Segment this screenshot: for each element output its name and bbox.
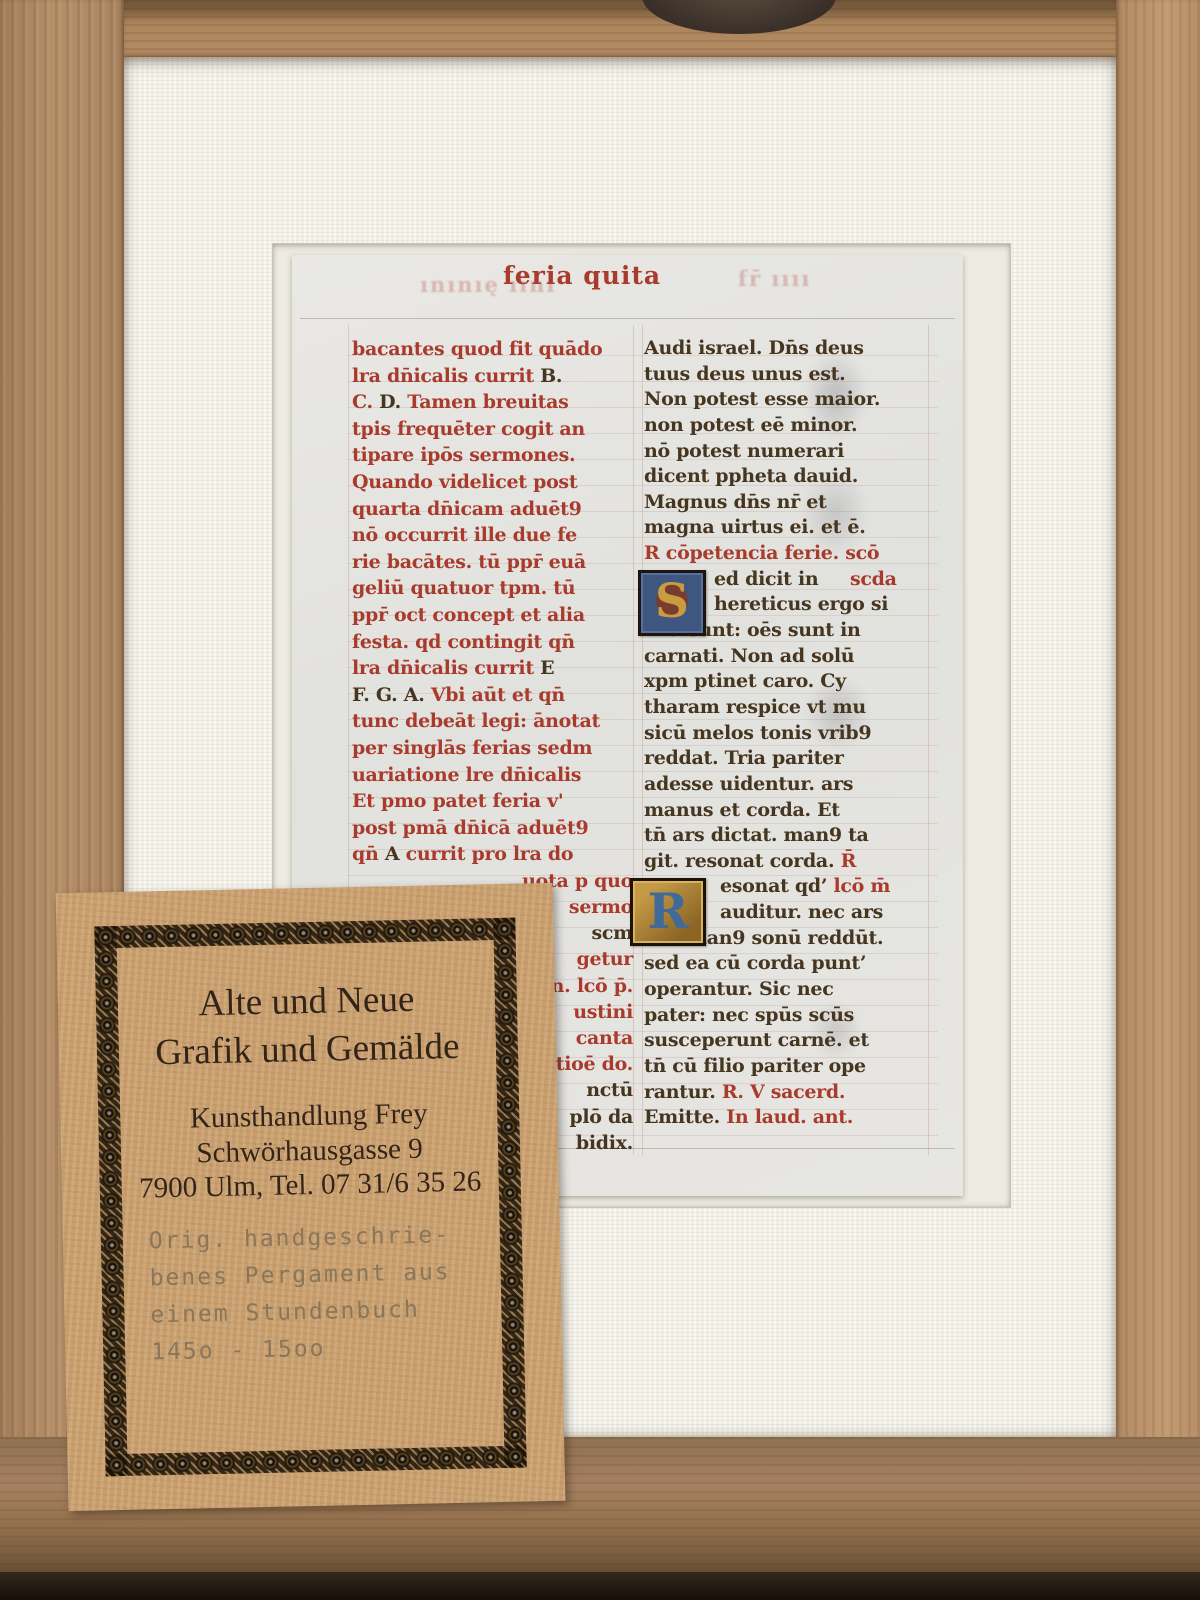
- manuscript-text-segment: Non potest esse maior.: [644, 388, 880, 410]
- manuscript-text-segment: R cōpetencia ferie. scō: [644, 542, 879, 564]
- manuscript-line: dicent ppheta dauid.: [644, 464, 934, 490]
- illuminated-initial-r: R: [630, 878, 706, 946]
- manuscript-text-segment: tpis frequēter cogit an: [352, 418, 585, 440]
- manuscript-header-rubric: feria quita: [503, 261, 661, 290]
- manuscript-line: tuus deus unus est.: [644, 362, 934, 388]
- framed-manuscript-photo: ınınıę ıını feria quita fr̄ ıııı bacante…: [0, 0, 1200, 1600]
- manuscript-line: geliū quatuor tpm. tū: [352, 575, 637, 602]
- manuscript-line: operantur. Sic nec: [644, 977, 934, 1003]
- manuscript-line: sed ea cū corda punt’: [644, 951, 934, 977]
- manuscript-line: C. D. Tamen breuitas: [352, 389, 637, 416]
- typed-description-line: 145o - 15oo: [151, 1328, 453, 1371]
- ornament-band-top: [94, 918, 515, 949]
- manuscript-text-segment: post pmā dn̄icā aduēt9: [352, 817, 588, 839]
- manuscript-line: Non potest esse maior.: [644, 387, 934, 413]
- manuscript-text-segment: R. V sacerd.: [722, 1081, 845, 1103]
- manuscript-text-segment: susceperunt carnē. et: [644, 1029, 869, 1051]
- manuscript-line: xpm ptinet caro. Cy: [644, 669, 934, 695]
- column-guide-line: [642, 325, 643, 1155]
- manuscript-line: uariatione lre dn̄icalis: [352, 762, 637, 789]
- manuscript-text-segment: non potest eē minor.: [644, 414, 857, 436]
- manuscript-text-segment: bidix.: [576, 1132, 633, 1154]
- manuscript-text-segment: lra dn̄icalis currit: [352, 657, 540, 679]
- manuscript-line: adesse uidentur. ars: [644, 772, 934, 798]
- manuscript-text-segment: tn̄ cū filio pariter ope: [644, 1055, 866, 1077]
- manuscript-text-segment: Vbi aūt et qn̄: [431, 684, 565, 706]
- manuscript-text-segment: tipare ipōs sermones.: [352, 444, 575, 466]
- manuscript-text-segment: pater: nec spūs scūs: [644, 1004, 854, 1026]
- manuscript-line: lra dn̄icalis currit E: [352, 655, 637, 682]
- manuscript-text-segment: magna uirtus ei. et ē.: [644, 516, 866, 538]
- manuscript-text-segment: canta: [576, 1027, 633, 1049]
- typed-description-line: einem Stundenbuch: [150, 1291, 452, 1334]
- manuscript-text-segment: auditur. nec ars: [720, 901, 883, 923]
- manuscript-line: Magnus dn̄s nr̄ et: [644, 490, 934, 516]
- manuscript-line: F. G. A. Vbi aūt et qn̄: [352, 682, 637, 709]
- manuscript-line: tn̄ cū filio pariter ope: [644, 1054, 934, 1080]
- bleedthrough-text-right: fr̄ ıııı: [738, 266, 811, 291]
- manuscript-text-segment: nō occurrit ille due fe: [352, 524, 577, 546]
- manuscript-text-segment: dicent ppheta dauid.: [644, 465, 858, 487]
- manuscript-line: rantur. R. V sacerd.: [644, 1080, 934, 1106]
- typed-description-line: benes Pergament aus: [149, 1254, 451, 1297]
- manuscript-line: nō occurrit ille due fe: [352, 522, 637, 549]
- manuscript-text-segment: ppr̄ oct concept et alia: [352, 604, 585, 626]
- manuscript-text-segment: plō da: [569, 1106, 633, 1128]
- manuscript-line: qn̄ A currit pro lra do: [352, 841, 637, 868]
- parchment-crease: [300, 318, 955, 319]
- manuscript-text-segment: sicū melos tonis vrib9: [644, 722, 871, 744]
- manuscript-line: tunc debeāt legi: ānotat: [352, 708, 637, 735]
- manuscript-text-segment: scda: [818, 568, 896, 590]
- manuscript-line: Et pmo patet feria v': [352, 788, 637, 815]
- manuscript-text-segment: operantur. Sic nec: [644, 978, 833, 1000]
- manuscript-text-segment: ustini: [573, 1001, 633, 1023]
- manuscript-text-segment: festa. qd contingit qn̄: [352, 631, 575, 653]
- manuscript-line: ppr̄ oct concept et alia: [352, 602, 637, 629]
- ornament-band-bottom: [105, 1446, 526, 1477]
- manuscript-text-segment: rie bacātes. tū ppr̄ euā: [352, 551, 586, 573]
- manuscript-text-segment: adesse uidentur. ars: [644, 773, 853, 795]
- bottom-shadow: [0, 1572, 1200, 1600]
- manuscript-line: tpis frequēter cogit an: [352, 416, 637, 443]
- manuscript-line: R cōpetencia ferie. scō: [644, 541, 934, 567]
- manuscript-text-segment: quarta dn̄icam aduēt9: [352, 498, 582, 520]
- manuscript-text-segment: xpm ptinet caro. Cy: [644, 670, 846, 692]
- manuscript-text-segment: sed ea cū corda punt’: [644, 952, 866, 974]
- manuscript-text-segment: tharam respice vt mu: [644, 696, 866, 718]
- manuscript-line: tn̄ ars dictat. man9 ta: [644, 823, 934, 849]
- manuscript-line: tharam respice vt mu: [644, 695, 934, 721]
- manuscript-text-segment: per singlās ferias sedm: [352, 737, 592, 759]
- manuscript-text-segment: Emitte.: [644, 1106, 726, 1128]
- manuscript-text-segment: B.: [540, 365, 562, 387]
- manuscript-text-segment: R̄: [841, 850, 857, 872]
- right-text-column: Audi israel. Dn̄s deustuus deus unus est…: [644, 336, 934, 1131]
- manuscript-text-segment: scm: [592, 922, 633, 944]
- manuscript-line: Quando videlicet post: [352, 469, 637, 496]
- manuscript-line: nō potest numerari: [644, 439, 934, 465]
- manuscript-text-segment: n. lcō p̄.: [551, 975, 633, 997]
- illuminated-initial-s: S: [638, 570, 706, 636]
- manuscript-text-segment: tioē do.: [556, 1053, 633, 1075]
- manuscript-text-segment: tunc debeāt legi: ānotat: [352, 710, 600, 732]
- manuscript-text-segment: Tamen breuitas: [407, 391, 568, 413]
- manuscript-line: rie bacātes. tū ppr̄ euā: [352, 549, 637, 576]
- manuscript-text-segment: esonat qd’: [720, 875, 833, 897]
- manuscript-text-segment: lra dn̄icalis currit: [352, 365, 540, 387]
- manuscript-line: post pmā dn̄icā aduēt9: [352, 815, 637, 842]
- manuscript-line: lra dn̄icalis currit B.: [352, 363, 637, 390]
- manuscript-line: bacantes quod fit quādo: [352, 336, 637, 363]
- manuscript-text-segment: nctū: [586, 1079, 633, 1101]
- manuscript-text-segment: qn̄: [352, 843, 385, 865]
- typed-description-line: Orig. handgeschrie-: [149, 1217, 451, 1260]
- manuscript-line: per singlās ferias sedm: [352, 735, 637, 762]
- manuscript-line: quarta dn̄icam aduēt9: [352, 496, 637, 523]
- frame-top-bar: [124, 0, 1116, 57]
- manuscript-line: Audi israel. Dn̄s deus: [644, 336, 934, 362]
- manuscript-line: pater: nec spūs scūs: [644, 1003, 934, 1029]
- manuscript-line: manus et corda. Et: [644, 798, 934, 824]
- manuscript-line: git. resonat corda. R̄: [644, 849, 934, 875]
- manuscript-text-segment: lcō m̄: [833, 875, 890, 897]
- manuscript-text-segment: getur: [577, 948, 633, 970]
- manuscript-text-segment: rantur.: [644, 1081, 722, 1103]
- manuscript-text-segment: C.: [352, 391, 379, 413]
- manuscript-line: susceperunt carnē. et: [644, 1028, 934, 1054]
- typed-description: Orig. handgeschrie-benes Pergament ausei…: [149, 1217, 453, 1371]
- manuscript-line: non potest eē minor.: [644, 413, 934, 439]
- manuscript-text-segment: uariatione lre dn̄icalis: [352, 764, 581, 786]
- manuscript-text-segment: bacantes quod fit quādo: [352, 338, 602, 360]
- manuscript-text-segment: sermo: [569, 896, 633, 918]
- manuscript-line: reddat. Tria pariter: [644, 746, 934, 772]
- manuscript-text-segment: In laud. ant.: [726, 1106, 853, 1128]
- manuscript-text-segment: hereticus ergo si: [714, 593, 888, 615]
- dealer-label: Alte und Neue Grafik und Gemälde Kunstha…: [56, 883, 566, 1511]
- manuscript-line: festa. qd contingit qn̄: [352, 629, 637, 656]
- manuscript-line: magna uirtus ei. et ē.: [644, 515, 934, 541]
- manuscript-line: Emitte. In laud. ant.: [644, 1105, 934, 1131]
- manuscript-text-segment: F. G. A.: [352, 684, 431, 706]
- manuscript-text-segment: ed dicit in: [714, 568, 818, 590]
- manuscript-text-segment: git. resonat corda.: [644, 850, 841, 872]
- manuscript-text-segment: tuus deus unus est.: [644, 363, 845, 385]
- manuscript-text-segment: geliū quatuor tpm. tū: [352, 577, 575, 599]
- frame-right-bar: [1116, 0, 1200, 1440]
- manuscript-text-segment: manus et corda. Et: [644, 799, 840, 821]
- manuscript-text-segment: tn̄ ars dictat. man9 ta: [644, 824, 869, 846]
- manuscript-text-segment: E: [540, 657, 554, 679]
- manuscript-text-segment: A: [385, 843, 399, 865]
- manuscript-text-segment: Audi israel. Dn̄s deus: [644, 337, 864, 359]
- manuscript-text-segment: carnati. Non ad solū: [644, 645, 854, 667]
- manuscript-text-segment: currit pro lra do: [399, 843, 573, 865]
- manuscript-line: carnati. Non ad solū: [644, 644, 934, 670]
- manuscript-text-segment: Quando videlicet post: [352, 471, 577, 493]
- manuscript-text-segment: Magnus dn̄s nr̄ et: [644, 491, 826, 513]
- manuscript-line: sicū melos tonis vrib9: [644, 721, 934, 747]
- manuscript-text-segment: D.: [379, 391, 407, 413]
- manuscript-line: tipare ipōs sermones.: [352, 442, 637, 469]
- manuscript-text-segment: nō potest numerari: [644, 440, 844, 462]
- manuscript-text-segment: reddat. Tria pariter: [644, 747, 844, 769]
- manuscript-text-segment: Et pmo patet feria v': [352, 790, 563, 812]
